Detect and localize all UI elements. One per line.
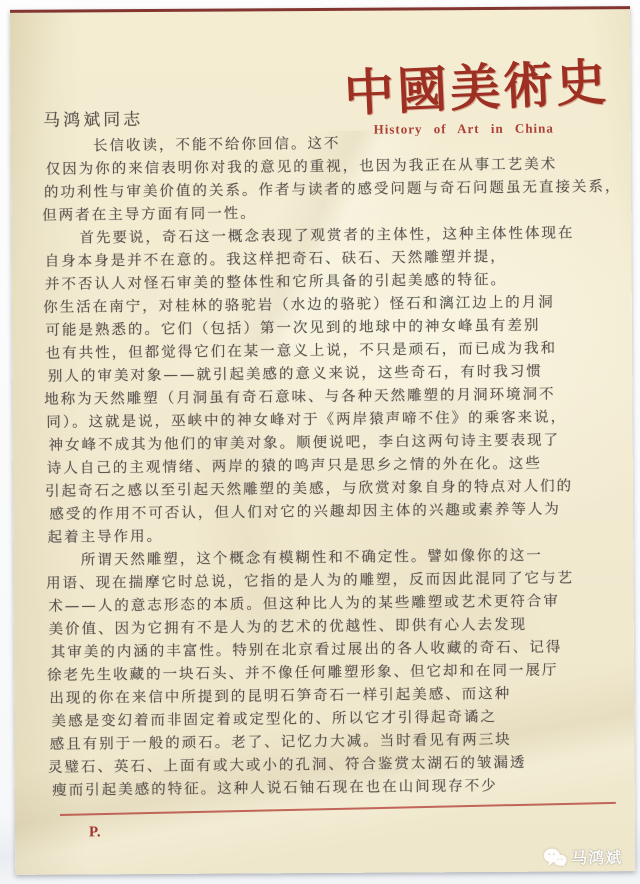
wechat-logo-icon [543,847,567,867]
watermark: 马鸿斌 [543,845,622,868]
footer-page-mark: P. [89,824,101,841]
letter-body: 马鸿斌同志 长信收读，不能不给你回信。这不 仅因为你的来信表明你对我的意见的重视… [43,100,616,803]
watermark-name: 马鸿斌 [571,845,622,868]
footer-rule [60,802,616,816]
scanned-letter: 中國美術史 History of Art in China 马鸿斌同志 长信收读… [0,0,640,884]
letter-line: 瘦而引起美感的特征。这种人说石铀石现在也在山间现存不少 [52,774,616,803]
letter-paper: 中國美術史 History of Art in China 马鸿斌同志 长信收读… [10,6,635,875]
